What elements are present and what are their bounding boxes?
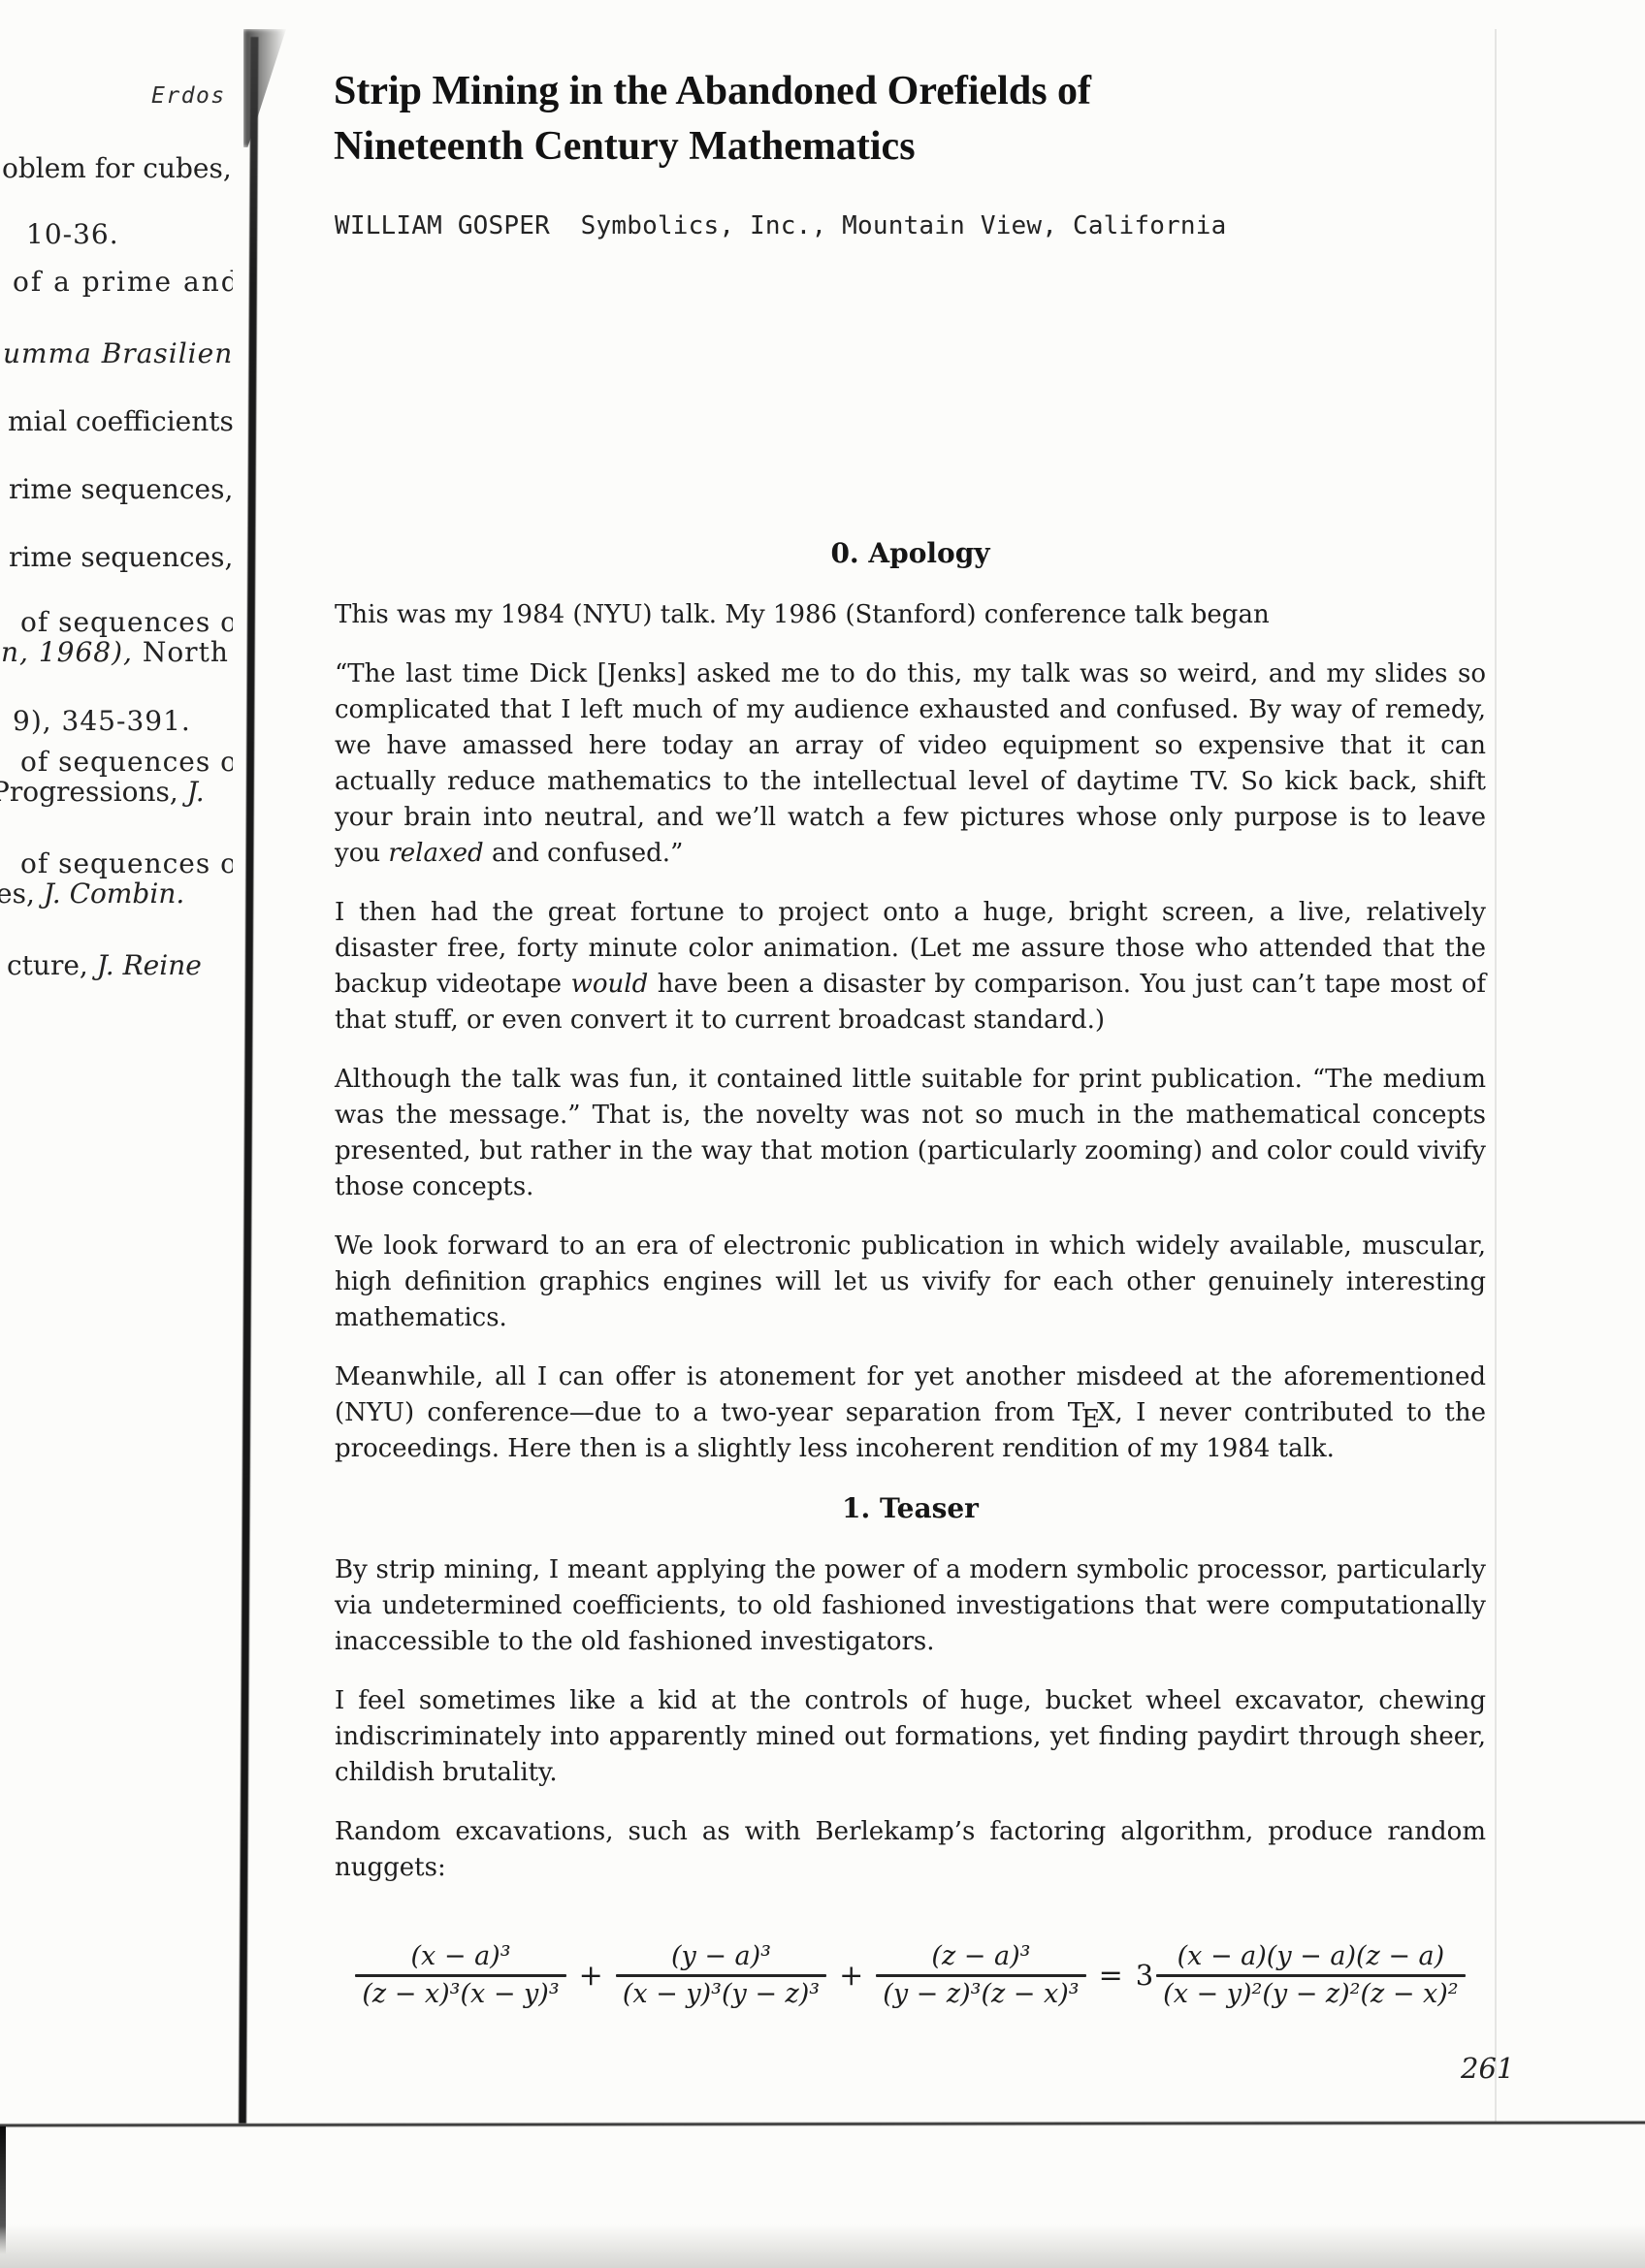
article-title: Strip Mining in the Abandoned Orefields …	[334, 64, 1488, 175]
margin-fragment: cture, J. Reine	[7, 950, 202, 980]
margin-fragment: rime sequences,	[9, 542, 233, 572]
margin-fragment: of sequences of	[20, 607, 233, 637]
page-number: 261	[1461, 2052, 1514, 2085]
author-line: WILLIAM GOSPER Symbolics, Inc., Mountain…	[335, 211, 1227, 240]
coefficient: 3	[1136, 1959, 1153, 1992]
margin-fragment: mial coefficients	[8, 406, 233, 436]
paragraph: I then had the great fortune to project …	[335, 895, 1486, 1038]
paragraph: This was my 1984 (NYU) talk. My 1986 (St…	[335, 597, 1486, 633]
operator: +	[826, 1959, 876, 1993]
numerator: (y − a)³	[664, 1939, 778, 1974]
margin-fragment: 10-36.	[26, 219, 119, 249]
denominator: (z − x)³(x − y)³	[355, 1977, 565, 2012]
title-line: Strip Mining in the Abandoned Orefields …	[334, 64, 1488, 119]
operator: +	[566, 1959, 616, 1993]
margin-fragment: n, 1968), North	[1, 637, 229, 667]
numerator: (z − a)³	[924, 1939, 1037, 1974]
fraction: (z − a)³(y − z)³(z − x)³	[876, 1939, 1085, 2012]
section-heading: 0. Apology	[335, 535, 1486, 572]
margin-fragment: oblem for cubes,	[2, 153, 232, 183]
numerator: (x − a)³	[404, 1939, 518, 1974]
paragraph: By strip mining, I meant applying the po…	[335, 1552, 1486, 1660]
article-body: 0. ApologyThis was my 1984 (NYU) talk. M…	[335, 535, 1486, 1886]
page-right-edge-shadow	[1495, 29, 1497, 2122]
denominator: (x − y)²(y − z)²(z − x)²	[1156, 1977, 1465, 2012]
margin-fragment: Erdos	[151, 81, 226, 112]
margin-fragment: of sequences of	[20, 848, 233, 878]
margin-fragment: of sequences of	[20, 747, 233, 777]
fraction: (x − a)(y − a)(z − a)(x − y)²(y − z)²(z …	[1156, 1939, 1465, 2012]
page-bottom-edge	[0, 2122, 1645, 2127]
margin-fragment: es, J. Combin.	[0, 878, 184, 909]
paragraph: Although the talk was fun, it contained …	[335, 1062, 1486, 1205]
margin-fragment: 9), 345-391.	[13, 706, 191, 736]
paragraph: “The last time Dick [Jenks] asked me to …	[335, 656, 1486, 872]
denominator: (y − z)³(z − x)³	[876, 1977, 1085, 2012]
denominator: (x − y)³(y − z)³	[616, 1977, 826, 2012]
paragraph: We look forward to an era of electronic …	[335, 1229, 1486, 1336]
bottom-shadow-strip	[0, 2224, 1645, 2268]
section-heading: 1. Teaser	[335, 1490, 1486, 1527]
display-formula: (x − a)³(z − x)³(x − y)³+(y − a)³(x − y)…	[335, 1939, 1486, 2012]
operator: =	[1086, 1959, 1136, 1993]
margin-fragment: rime sequences,	[9, 474, 233, 504]
paragraph: Meanwhile, all I can offer is atonement …	[335, 1359, 1486, 1467]
margin-fragment: umma Brasilien-	[3, 338, 233, 368]
title-line: Nineteenth Century Mathematics	[334, 119, 1488, 175]
scanned-page: Erdosoblem for cubes,10-36.of a prime an…	[0, 0, 1645, 2268]
gutter-divider-bar	[239, 37, 258, 2124]
facing-page-margin: Erdosoblem for cubes,10-36.of a prime an…	[0, 0, 233, 2122]
paragraph: I feel sometimes like a kid at the contr…	[335, 1683, 1486, 1791]
fraction: (y − a)³(x − y)³(y − z)³	[616, 1939, 826, 2012]
paragraph: Random excavations, such as with Berleka…	[335, 1814, 1486, 1886]
tex-logo: TEX	[1068, 1398, 1115, 1427]
margin-fragment: of a prime and	[13, 267, 233, 297]
margin-fragment: Progressions, J.	[0, 777, 205, 807]
numerator: (x − a)(y − a)(z − a)	[1171, 1939, 1452, 1974]
fraction: (x − a)³(z − x)³(x − y)³	[355, 1939, 565, 2012]
